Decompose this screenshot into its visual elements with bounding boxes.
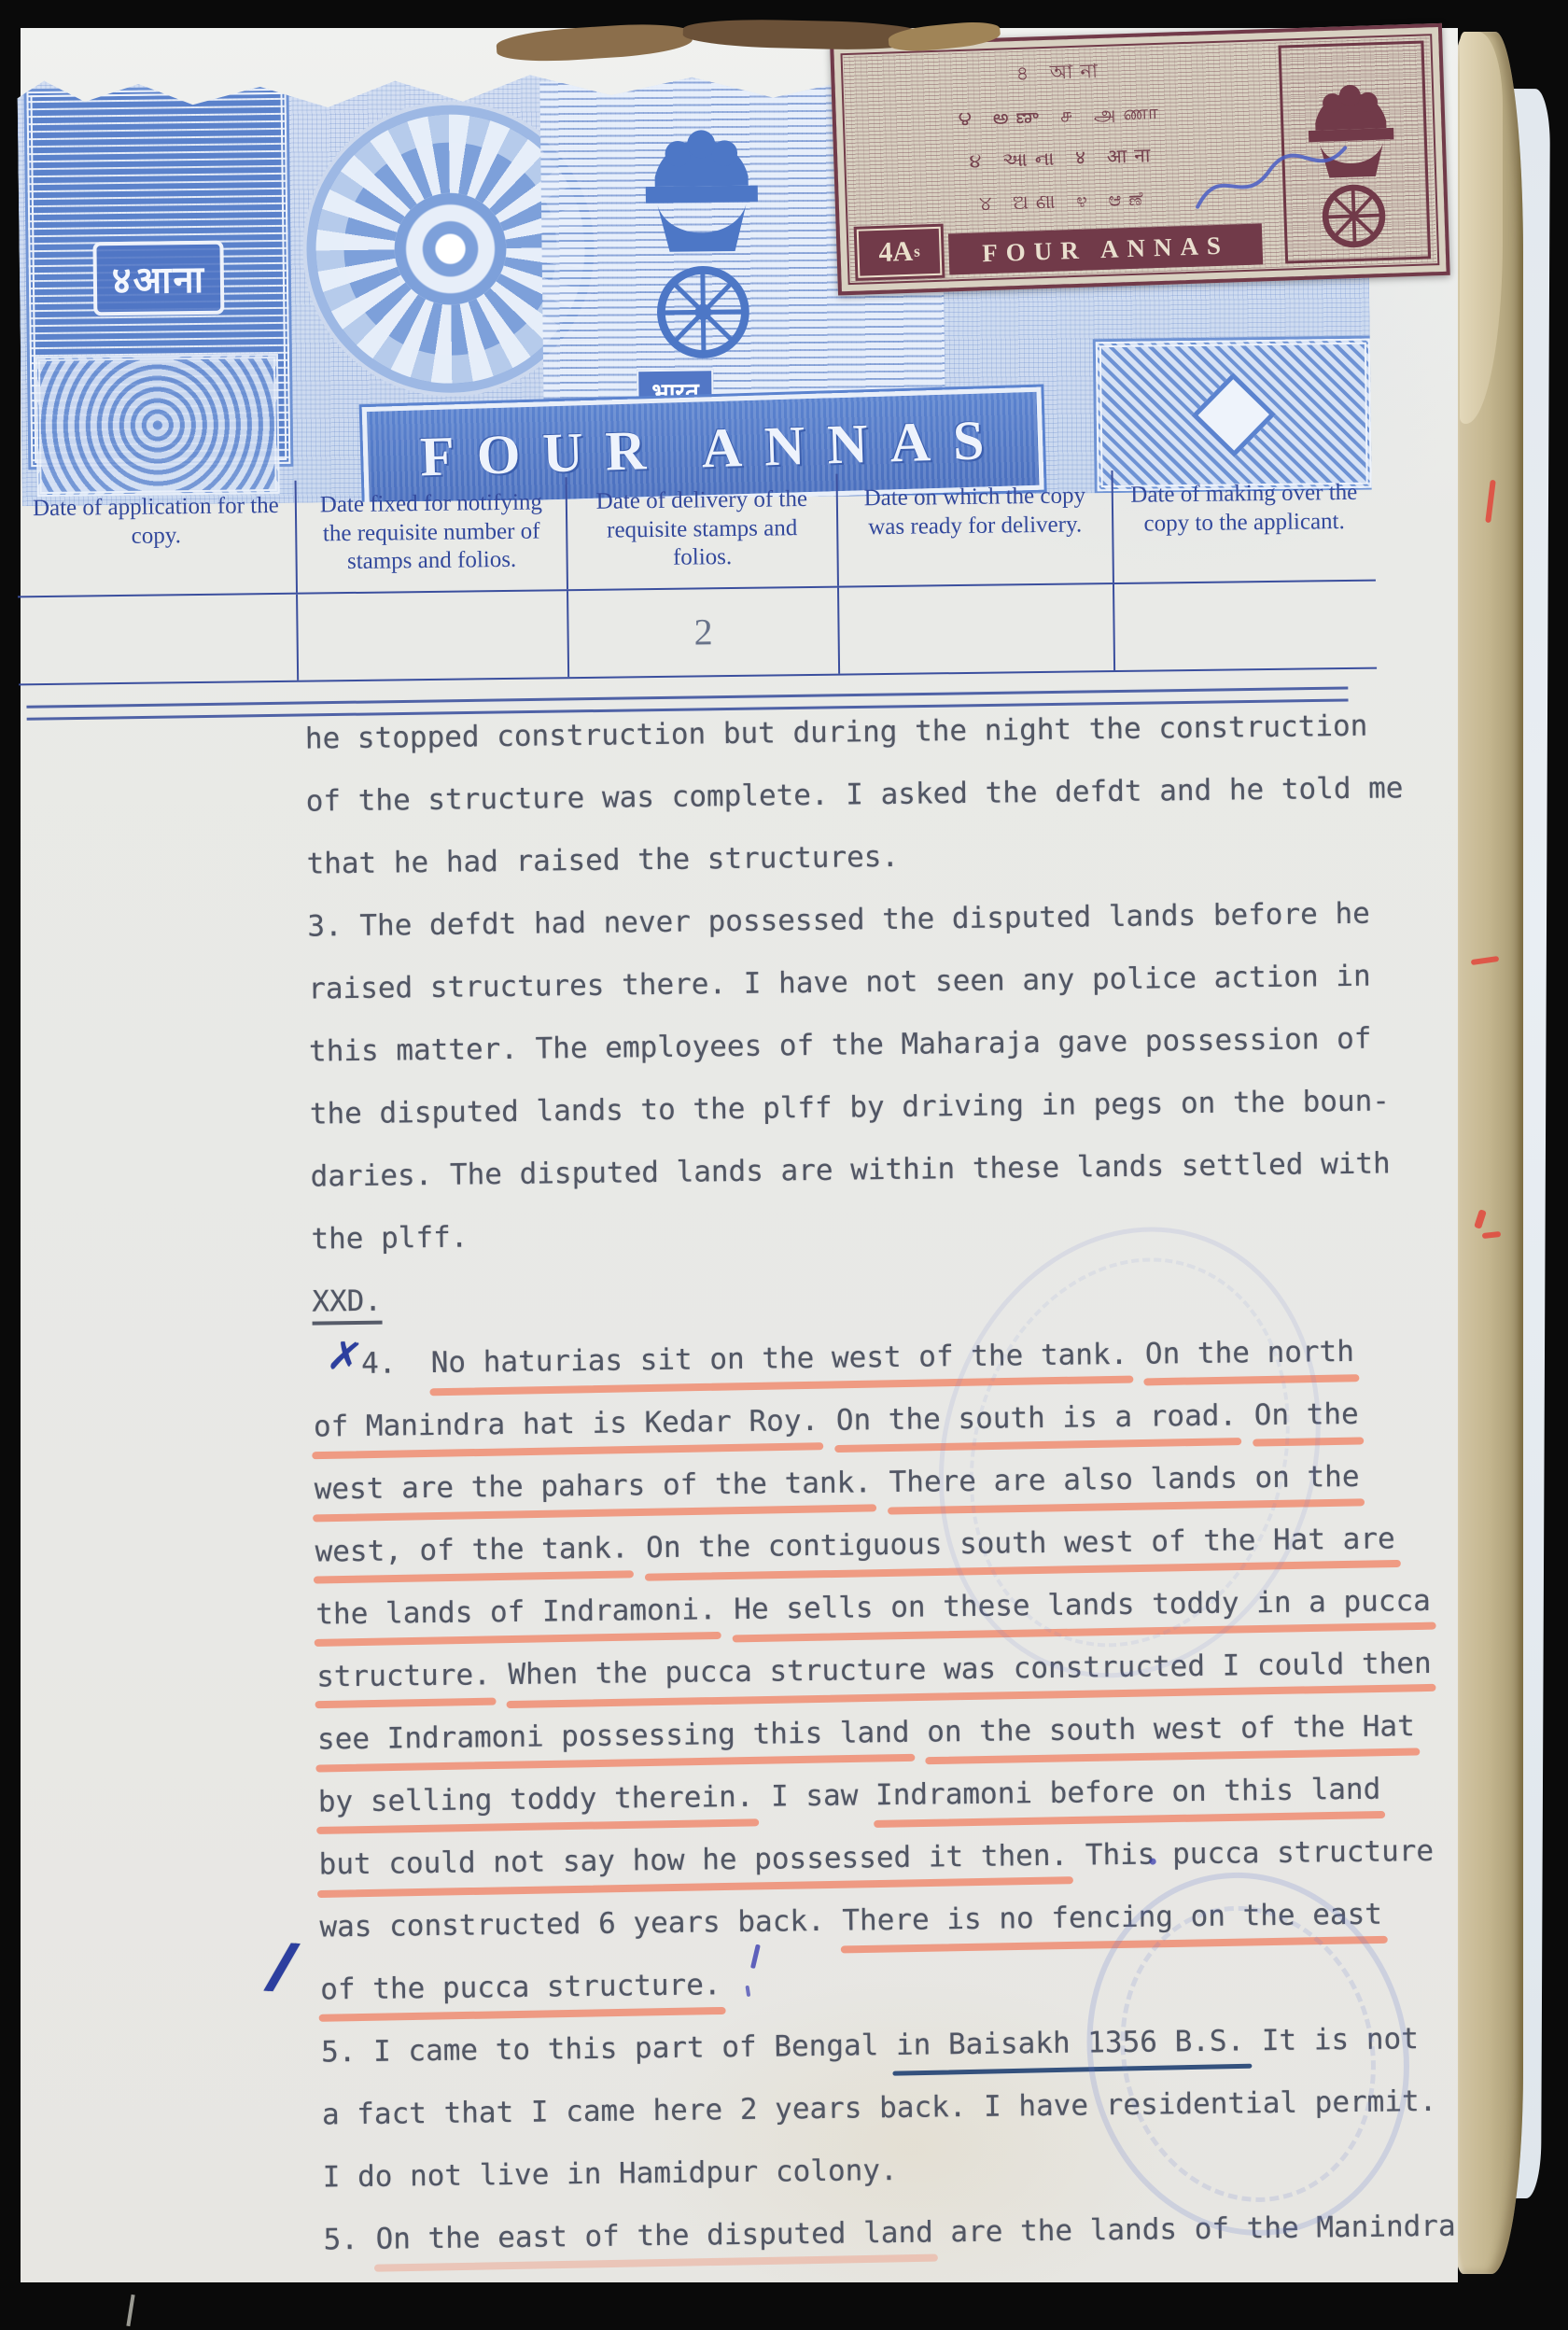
typed-text: This pucca structure [1068, 1834, 1434, 1873]
table-header-cell: Date of making over the copy to the appl… [1113, 468, 1375, 582]
blue-pen-scribble [1192, 140, 1353, 220]
red-pencil-underline: structure. [316, 1658, 491, 1693]
red-pencil-underline: by selling toddy therein. [318, 1780, 754, 1819]
typed-text: daries. The disputed lands are within th… [310, 1146, 1391, 1193]
typed-text: of the structure was complete. I asked t… [306, 771, 1404, 818]
table-header-row: Date of application for the copy.Date fi… [17, 468, 1376, 596]
typed-text: 5. I came to this part of Bengal [321, 2028, 896, 2070]
red-pencil-underline: but could not say how he possessed it th… [318, 1839, 1068, 1882]
red-pencil-underline: of the pucca structure. [320, 1968, 721, 2006]
table-header-cell: Date of application for the copy. [17, 481, 298, 596]
typed-text: he stopped construction but during the n… [305, 709, 1368, 756]
typed-text: I do not live in Hamidpur colony. [323, 2154, 898, 2195]
four-annas-banner-maroon: FOUR ANNAS [948, 223, 1263, 274]
ashoka-pillar-icon [617, 91, 789, 373]
ink-speck [1150, 1859, 1156, 1865]
typed-text: I saw [753, 1778, 875, 1814]
typed-text: was constructed 6 years back. [319, 1904, 842, 1944]
slashes-pen-mark: // [272, 1935, 275, 1998]
check-pen-mark: ✗ [323, 1324, 367, 1391]
torn-edge [1460, 32, 1503, 424]
typed-text [872, 1466, 889, 1499]
typed-text: 3. The defdt had never possessed the dis… [307, 897, 1370, 944]
typed-text: 5. [323, 2223, 375, 2257]
table-cell-empty [839, 584, 1115, 674]
table-cell-value: 2 [568, 587, 840, 677]
typed-text: the disputed lands to the plff by drivin… [310, 1084, 1391, 1130]
table-header-cell: Date of delivery of the requisite stamps… [567, 474, 839, 589]
red-pencil-underline: west, of the tank. [315, 1531, 628, 1568]
typed-text: 4. [361, 1346, 431, 1381]
pencil-mark [126, 2295, 134, 2326]
table-cell-empty [298, 591, 569, 681]
value-box: 4As [857, 227, 943, 278]
red-pencil-underline: Indramoni before on this land [875, 1773, 1381, 1813]
typed-text [716, 1593, 734, 1626]
red-pencil-underline: the lands of Indramoni. [315, 1593, 717, 1631]
document-page: ४आना भारत FOUR ANNAS ৪ আন [21, 28, 1458, 2282]
table-header-cell: Date fixed for notifying the requisite n… [297, 477, 568, 592]
maroon-revenue-stamp: ৪ আনা౪ అణా ௪ அணா૪ આના ४ आना୪ ଅଣା ೪ ಆಣೆ 4… [830, 23, 1450, 296]
table-cell-empty [1114, 581, 1377, 669]
typed-text: raised structures there. I have not seen… [308, 960, 1371, 1006]
table-header-cell: Date on which the copy was ready for del… [838, 470, 1114, 585]
copy-register-table: Date of application for the copy.Date fi… [17, 468, 1378, 685]
red-pencil-underline: west are the pahars of the tank. [315, 1466, 873, 1506]
typed-text: this matter. The employees of the Mahara… [309, 1022, 1372, 1069]
red-pencil-underline: On the east of the disputed land [375, 2216, 933, 2256]
torn-paper-fragment [496, 21, 693, 64]
typed-text: the plff. [311, 1221, 468, 1256]
red-pencil-underline: of Manindra hat is Kedar Roy. [314, 1404, 819, 1444]
typed-text [491, 1658, 509, 1691]
typed-text [628, 1531, 646, 1565]
red-pencil-underline: When the pucca structure was constructed… [508, 1647, 1432, 1691]
typed-underline: XXD. [312, 1284, 382, 1326]
typed-text [819, 1404, 836, 1438]
page-content: ४आना भारत FOUR ANNAS ৪ আন [11, 21, 1476, 2293]
left-ornament-panel [35, 354, 280, 497]
typed-text: that he had raised the structures. [306, 840, 899, 881]
table-value-row: 2 [18, 579, 1377, 685]
typed-text [909, 1716, 927, 1749]
denomination-devanagari: ४आना [92, 240, 224, 316]
red-pencil-edge-mark [1485, 480, 1496, 523]
red-pencil-underline: on the south west of the Hat [927, 1709, 1415, 1748]
table-cell-empty [18, 594, 299, 683]
red-pencil-underline: see Indramoni possessing this land [317, 1716, 910, 1757]
